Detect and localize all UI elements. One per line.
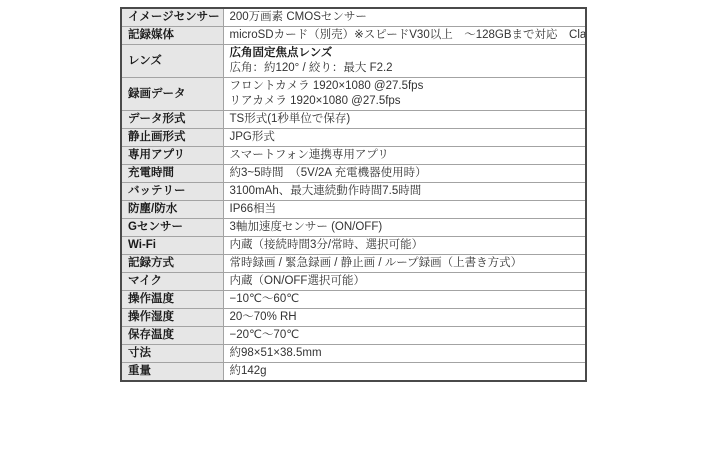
spec-value: TS形式(1秒単位で保存) (223, 111, 586, 129)
spec-value: 常時録画 / 緊急録画 / 静止画 / ループ録画（上書き方式） (223, 255, 586, 273)
table-row: マイク 内蔵（ON/OFF選択可能） (121, 273, 586, 291)
table-row: 専用アプリ スマートフォン連携専用アプリ (121, 147, 586, 165)
spec-label: 専用アプリ (121, 147, 223, 165)
spec-value: IP66相当 (223, 201, 586, 219)
spec-value: JPG形式 (223, 129, 586, 147)
table-row: 充電時間 約3~5時間 （5V/2A 充電機器使用時） (121, 165, 586, 183)
table-row: 重量 約142g (121, 363, 586, 382)
page: イメージセンサー 200万画素 CMOSセンサー 記録媒体 microSDカード… (0, 0, 710, 474)
spec-label: 録画データ (121, 78, 223, 111)
spec-label: Wi-Fi (121, 237, 223, 255)
spec-label: データ形式 (121, 111, 223, 129)
spec-value: 20～70% RH (223, 309, 586, 327)
table-row: 操作湿度 20～70% RH (121, 309, 586, 327)
spec-label: Gセンサー (121, 219, 223, 237)
table-row: 防塵/防水 IP66相当 (121, 201, 586, 219)
table-row: Wi-Fi 内蔵（接続時間3分/常時、選択可能） (121, 237, 586, 255)
spec-value: 約3~5時間 （5V/2A 充電機器使用時） (223, 165, 586, 183)
table-row: 保存温度 −20℃～70℃ (121, 327, 586, 345)
spec-value: 3100mAh、最大連続動作時間7.5時間 (223, 183, 586, 201)
table-row: 録画データ フロントカメラ 1920×1080 @27.5fps リアカメラ 1… (121, 78, 586, 111)
spec-label: 充電時間 (121, 165, 223, 183)
spec-value: 約142g (223, 363, 586, 382)
table-row: 記録媒体 microSDカード（別売）※スピードV30以上 ～128GBまで対応… (121, 27, 586, 45)
spec-label: 操作温度 (121, 291, 223, 309)
spec-label: 記録方式 (121, 255, 223, 273)
spec-value: 内蔵（ON/OFF選択可能） (223, 273, 586, 291)
spec-value: 広角固定焦点レンズ 広角：約120° / 絞り：最大 F2.2 (223, 45, 586, 78)
spec-label: マイク (121, 273, 223, 291)
table-row: 寸法 約98×51×38.5mm (121, 345, 586, 363)
spec-value: −10℃～60℃ (223, 291, 586, 309)
table-row: バッテリー 3100mAh、最大連続動作時間7.5時間 (121, 183, 586, 201)
spec-value-line2: 広角：約120° / 絞り：最大 F2.2 (230, 61, 580, 76)
spec-label: 寸法 (121, 345, 223, 363)
spec-label: イメージセンサー (121, 8, 223, 27)
spec-value-line1: 広角固定焦点レンズ (230, 46, 580, 61)
spec-value: microSDカード（別売）※スピードV30以上 ～128GBまで対応 Clas… (223, 27, 586, 45)
spec-table: イメージセンサー 200万画素 CMOSセンサー 記録媒体 microSDカード… (120, 7, 587, 382)
spec-value-line2: リアカメラ 1920×1080 @27.5fps (230, 94, 580, 109)
spec-value: 200万画素 CMOSセンサー (223, 8, 586, 27)
spec-value-line1: フロントカメラ 1920×1080 @27.5fps (230, 79, 580, 94)
table-row: イメージセンサー 200万画素 CMOSセンサー (121, 8, 586, 27)
spec-value: 約98×51×38.5mm (223, 345, 586, 363)
table-row: データ形式 TS形式(1秒単位で保存) (121, 111, 586, 129)
spec-label: 重量 (121, 363, 223, 382)
spec-label: 記録媒体 (121, 27, 223, 45)
table-row: 操作温度 −10℃～60℃ (121, 291, 586, 309)
spec-label: 操作湿度 (121, 309, 223, 327)
spec-label: 静止画形式 (121, 129, 223, 147)
spec-value: 内蔵（接続時間3分/常時、選択可能） (223, 237, 586, 255)
table-row: Gセンサー 3軸加速度センサー (ON/OFF) (121, 219, 586, 237)
spec-label: バッテリー (121, 183, 223, 201)
spec-value: スマートフォン連携専用アプリ (223, 147, 586, 165)
table-row: レンズ 広角固定焦点レンズ 広角：約120° / 絞り：最大 F2.2 (121, 45, 586, 78)
spec-value: 3軸加速度センサー (ON/OFF) (223, 219, 586, 237)
spec-label: 防塵/防水 (121, 201, 223, 219)
spec-label: レンズ (121, 45, 223, 78)
table-row: 静止画形式 JPG形式 (121, 129, 586, 147)
spec-label: 保存温度 (121, 327, 223, 345)
spec-value: フロントカメラ 1920×1080 @27.5fps リアカメラ 1920×10… (223, 78, 586, 111)
spec-value: −20℃～70℃ (223, 327, 586, 345)
table-row: 記録方式 常時録画 / 緊急録画 / 静止画 / ループ録画（上書き方式） (121, 255, 586, 273)
